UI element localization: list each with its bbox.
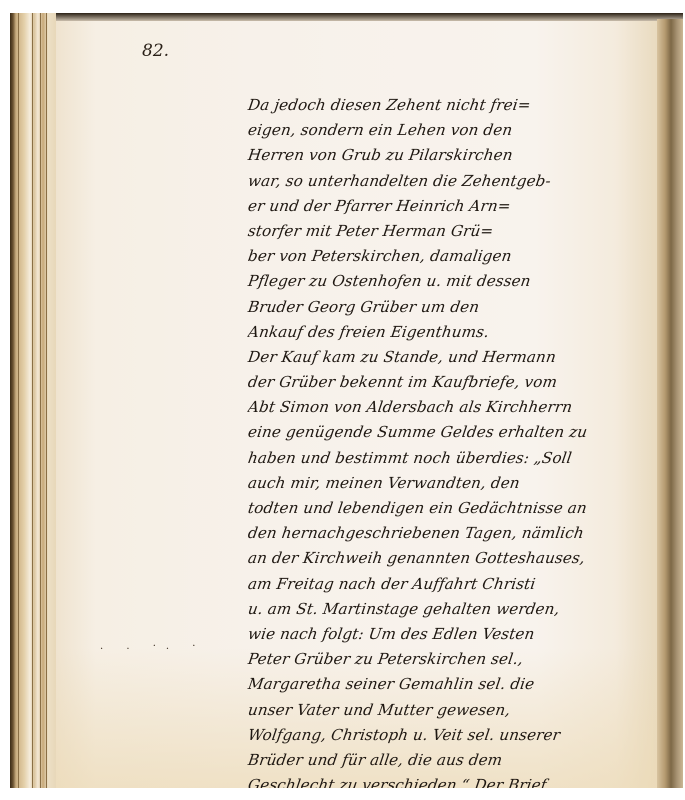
text-line: u. am St. Martinstage gehalten werden,: [246, 597, 630, 622]
text-line: Herren von Grub zu Pilarskirchen: [246, 143, 630, 168]
text-line: Abt Simon von Aldersbach als Kirchherrn: [246, 395, 630, 420]
text-line: auch mir, meinen Verwandten, den: [246, 471, 630, 496]
page-stack-edges: [10, 13, 56, 788]
text-line: Peter Grüber zu Peterskirchen sel.,: [246, 647, 630, 672]
margin-ink-marks: . . ·. ·: [100, 641, 205, 652]
text-line: Da jedoch diesen Zehent nicht frei=: [246, 93, 630, 118]
text-line: eigen, sondern ein Lehen von den: [246, 118, 630, 143]
text-line: Margaretha seiner Gemahlin sel. die: [246, 672, 630, 697]
text-line: am Freitag nach der Auffahrt Christi: [246, 572, 630, 597]
scanned-manuscript-page: 82. . . ·. · Da jedoch diesen Zehent nic…: [10, 13, 683, 788]
book-gutter-right: [657, 19, 683, 788]
text-line: todten und lebendigen ein Gedächtnisse a…: [246, 496, 630, 521]
text-line: Bruder Georg Grüber um den: [246, 295, 630, 320]
text-line: den hernachgeschriebenen Tagen, nämlich: [246, 521, 630, 546]
text-line: Der Kauf kam zu Stande, und Hermann: [246, 345, 630, 370]
text-line: wie nach folgt: Um des Edlen Vesten: [246, 622, 630, 647]
text-line: storfer mit Peter Herman Grü=: [246, 219, 630, 244]
page-number: 82.: [142, 41, 169, 61]
text-line: Pfleger zu Ostenhofen u. mit dessen: [246, 269, 630, 294]
text-line: Ankauf des freien Eigenthums.: [246, 320, 630, 345]
text-line: er und der Pfarrer Heinrich Arn=: [246, 194, 630, 219]
text-line: haben und bestimmt noch überdies: „Soll: [246, 446, 630, 471]
text-line: Wolfgang, Christoph u. Veit sel. unserer: [246, 723, 630, 748]
text-line: an der Kirchweih genannten Gotteshauses,: [246, 546, 630, 571]
text-line: eine genügende Summe Geldes erhalten zu: [246, 420, 630, 445]
text-line: unser Vater und Mutter gewesen,: [246, 698, 630, 723]
text-line: Geschlecht zu verschieden.“ Der Brief: [246, 773, 630, 788]
text-line: war, so unterhandelten die Zehentgeb-: [246, 169, 630, 194]
handwritten-text-block: Da jedoch diesen Zehent nicht frei= eige…: [248, 93, 628, 788]
text-line: Brüder und für alle, die aus dem: [246, 748, 630, 773]
text-line: der Grüber bekennt im Kaufbriefe, vom: [246, 370, 630, 395]
text-line: ber von Peterskirchen, damaligen: [246, 244, 630, 269]
